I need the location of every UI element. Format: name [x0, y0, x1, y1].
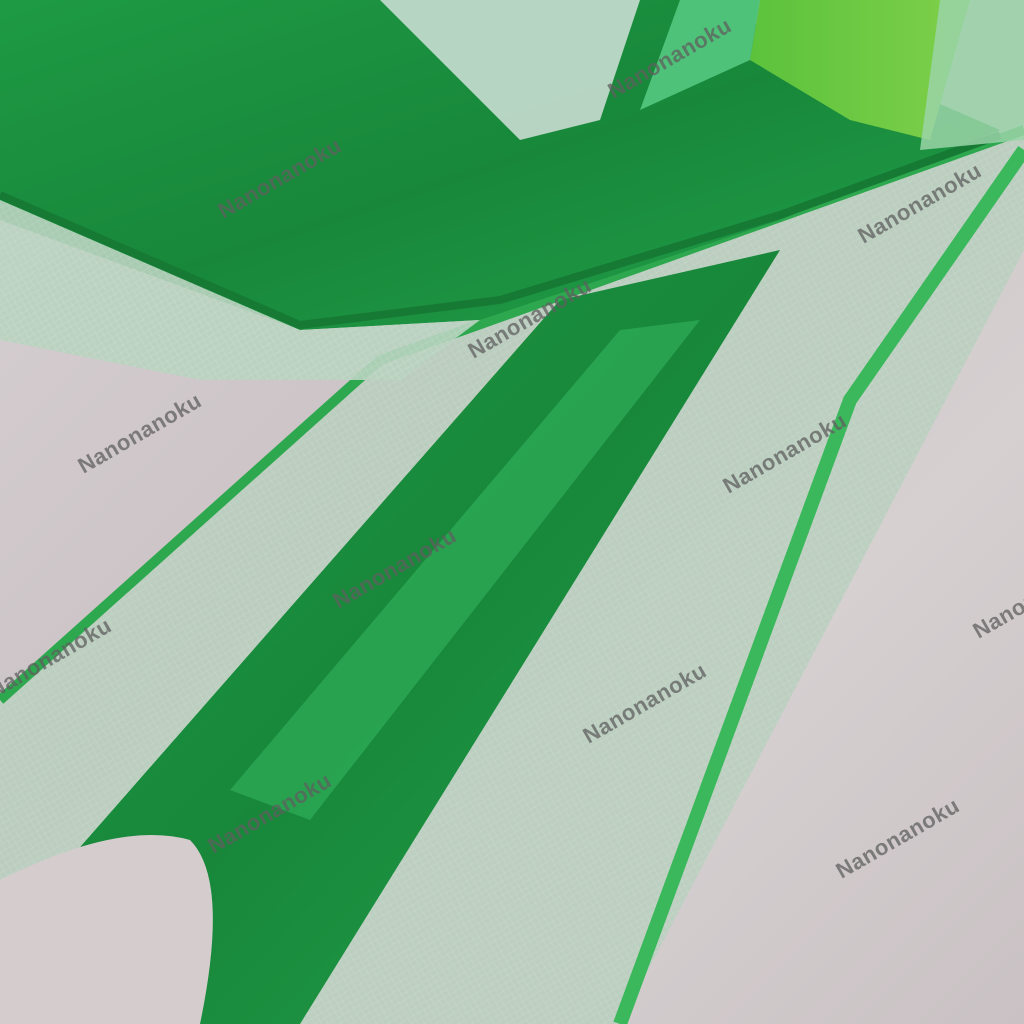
- ribbon-illustration: [0, 0, 1024, 1024]
- ribbon-photo: Nanonanoku Nanonanoku Nanonanoku Nanonan…: [0, 0, 1024, 1024]
